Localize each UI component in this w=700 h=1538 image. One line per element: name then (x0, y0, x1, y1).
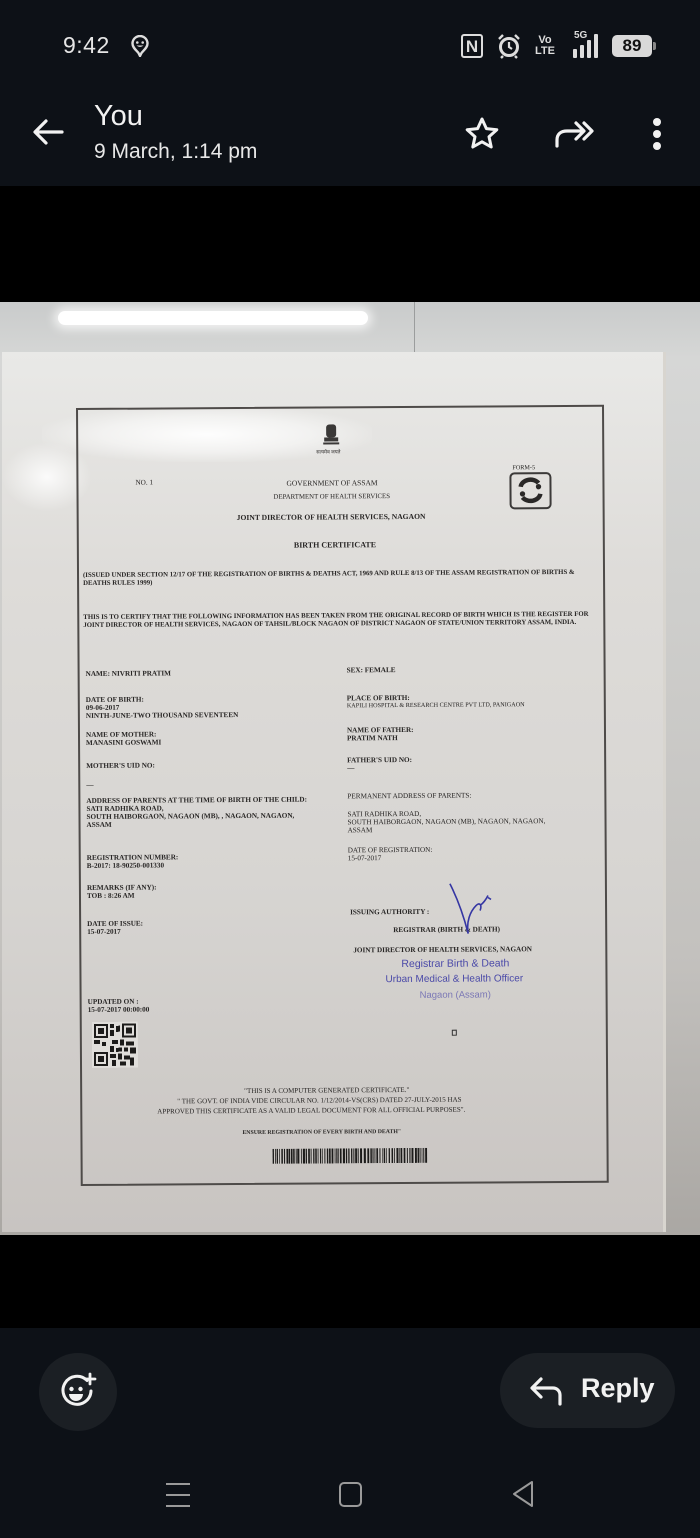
reply-button[interactable]: Reply (500, 1353, 675, 1428)
more-options-icon[interactable] (640, 114, 674, 154)
father-value: PRATIM NATH (347, 734, 398, 743)
message-timestamp: 9 March, 1:14 pm (94, 140, 257, 164)
cert-number: NO. 1 (135, 479, 153, 487)
clock: 9:42 (63, 32, 110, 59)
stamp-line1: Registrar Birth & Death (401, 959, 509, 968)
dob-words: NINTH-JUNE-TWO THOUSAND SEVENTEEN (86, 711, 238, 720)
issued-under: (ISSUED UNDER SECTION 12/17 OF THE REGIS… (83, 569, 595, 589)
star-icon[interactable] (462, 114, 502, 154)
national-emblem-icon (321, 422, 341, 448)
mother-uid-label: MOTHER'S UID NO: (86, 762, 155, 771)
qr-code (92, 1022, 138, 1068)
remarks-value: TOB : 8:26 AM (87, 892, 135, 901)
small-mark (452, 1030, 457, 1036)
addr-birth-line2: SOUTH HAIBORGAON, NAGAON (MB), , NAGAON,… (86, 812, 294, 822)
sex: SEX: FEMALE (347, 666, 396, 675)
birth-certificate: सत्यमेव जयते NO. 1 FORM-5 GOVERNMENT OF … (76, 405, 609, 1186)
chat-bubble-icon (131, 35, 149, 57)
bottom-bar: Reply (0, 1328, 700, 1538)
pob-value: KAPILI HOSPITAL & RESEARCH CENTRE PVT LT… (347, 701, 525, 710)
5g-signal-icon: 5G (569, 34, 598, 58)
back-arrow-icon[interactable] (28, 112, 68, 152)
volte-icon: Vo LTE (535, 35, 555, 57)
addr-perm-label: PERMANENT ADDRESS OF PARENTS: (347, 792, 471, 801)
office: JOINT DIRECTOR OF HEALTH SERVICES, NAGAO… (237, 513, 426, 522)
alarm-icon (497, 33, 521, 59)
stamp-line2: Urban Medical & Health Officer (385, 975, 523, 984)
nav-back-icon[interactable] (508, 1478, 538, 1510)
footer-line2: " THE GOVT. OF INDIA VIDE CIRCULAR NO. 1… (177, 1096, 461, 1106)
certify-text: THIS IS TO CERTIFY THAT THE FOLLOWING IN… (83, 611, 595, 631)
father-uid-label: FATHER'S UID NO: (347, 756, 412, 765)
footer-line3: APPROVED THIS CERTIFICATE AS A VALID LEG… (157, 1106, 465, 1116)
reg-no-value: B-2017: 18-90250-001330 (87, 861, 164, 870)
signature (446, 875, 516, 945)
addr-perm-line3: ASSAM (348, 826, 373, 834)
volte-bottom: LTE (535, 46, 555, 57)
issuing-authority-label: ISSUING AUTHORITY : (350, 908, 429, 917)
footer-line1: "THIS IS A COMPUTER GENERATED CERTIFICAT… (244, 1086, 409, 1095)
ensure-registration: ENSURE REGISTRATION OF EVERY BIRTH AND D… (242, 1128, 401, 1137)
addr-perm-line2: SOUTH HAIBORGAON, NAGAON (MB), NAGAON, N… (348, 817, 546, 827)
add-reaction-button[interactable] (39, 1353, 117, 1431)
status-bar: 9:42 N Vo LTE 5G 89 (0, 0, 700, 90)
government: GOVERNMENT OF ASSAM (286, 479, 377, 488)
mother-uid-value: — (86, 781, 93, 789)
certificate-title: BIRTH CERTIFICATE (294, 541, 376, 550)
recents-icon[interactable] (160, 1480, 196, 1510)
status-icons: N Vo LTE 5G 89 (461, 33, 652, 59)
battery-icon: 89 (612, 35, 652, 57)
add-reaction-icon (59, 1372, 97, 1410)
app-bar: You 9 March, 1:14 pm (0, 90, 700, 186)
light-reflection (58, 311, 368, 325)
forward-icon[interactable] (552, 114, 598, 154)
crs-logo-icon (509, 472, 551, 509)
emblem-caption: सत्यमेव जयते (316, 449, 340, 457)
stamp-line3: Nagaon (Assam) (420, 991, 491, 1000)
addr-birth-line3: ASSAM (87, 821, 112, 829)
reg-date-value: 15-07-2017 (348, 854, 382, 863)
authority-office: JOINT DIRECTOR OF HEALTH SERVICES, NAGAO… (353, 945, 532, 954)
home-icon[interactable] (337, 1480, 365, 1510)
reply-arrow-icon (528, 1375, 566, 1407)
reply-label: Reply (581, 1373, 655, 1404)
issue-date-value: 15-07-2017 (87, 928, 121, 937)
updated-value: 15-07-2017 00:00:00 (88, 1006, 150, 1015)
network-label: 5G (574, 30, 587, 41)
child-name: NAME: NIVRITI PRATIM (86, 669, 171, 678)
battery-level: 89 (623, 36, 642, 56)
department: DEPARTMENT OF HEALTH SERVICES (274, 493, 390, 502)
father-uid-value: — (347, 764, 354, 772)
mother-value: MANASINI GOSWAMI (86, 738, 161, 747)
barcode (273, 1148, 428, 1164)
nfc-icon: N (461, 34, 483, 58)
sender-name: You (94, 100, 143, 133)
